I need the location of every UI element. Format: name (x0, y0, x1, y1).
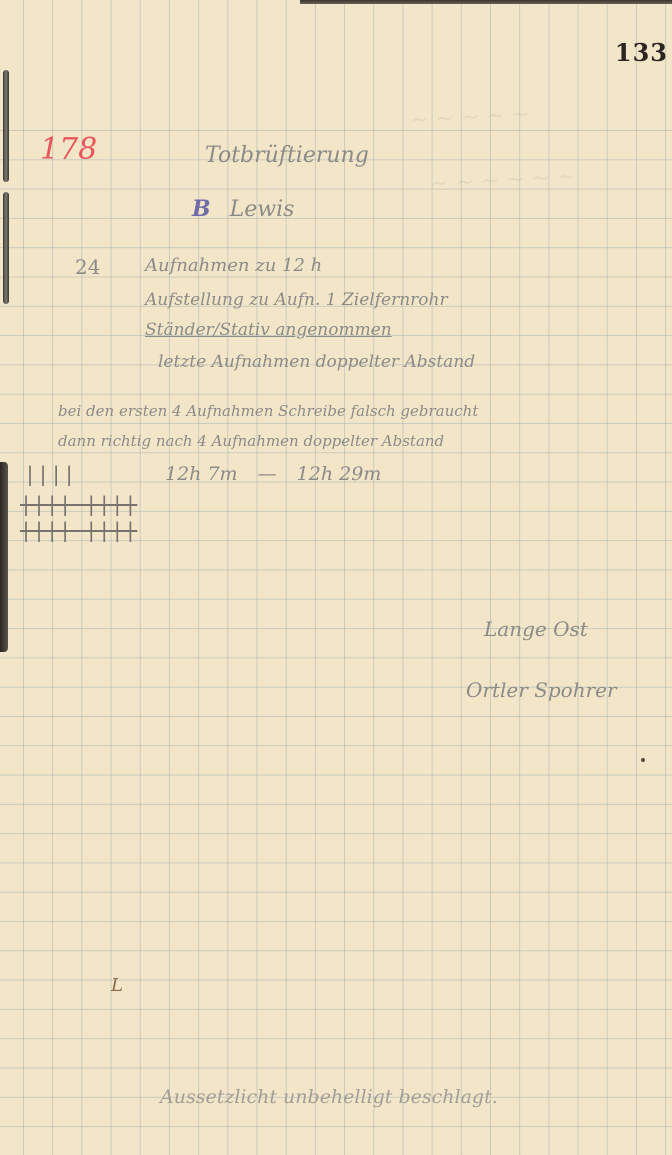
grid-paper (0, 130, 672, 1155)
entry-line-3: Ständer/Stativ angenommen (145, 320, 392, 340)
entry-title: Totbrüftierung (205, 143, 369, 168)
note-line-1: bei den ersten 4 Aufnahmen Schreibe fals… (58, 402, 478, 420)
notebook-page: 133 ~ ~ ~ ~ ~ ~ ~ ~ ~ ~ ~ 178 Totbrüftie… (0, 0, 672, 1155)
time-range: 12h 7m — 12h 29m (165, 463, 381, 485)
subtitle-prefix: B (192, 196, 211, 222)
signature-line-2: Ortler Spohrer (466, 678, 617, 702)
ink-spot (641, 758, 645, 762)
entry-line-4: letzte Aufnahmen doppelter Abstand (158, 352, 475, 372)
tally-row-3: |||| |||| (20, 518, 137, 542)
time-start: 12h 7m (165, 463, 238, 485)
entry-number: 178 (40, 132, 97, 167)
margin-mark: L (111, 975, 123, 996)
page-top-edge (300, 0, 672, 4)
entry-line-1: Aufnahmen zu 12 h (145, 255, 322, 276)
tally-row-2: |||| |||| (20, 492, 137, 516)
page-number: 133 (615, 38, 668, 67)
signature-line-1: Lange Ost (484, 617, 588, 641)
entry-line-2: Aufstellung zu Aufn. 1 Zielfernrohr (145, 290, 448, 310)
bleed-through-text: ~ ~ ~ ~ ~ (409, 102, 530, 133)
time-end: 12h 29m (297, 463, 382, 485)
binding-edge (0, 462, 8, 652)
staple-icon (3, 70, 9, 182)
note-line-2: dann richtig nach 4 Aufnahmen doppelter … (58, 432, 444, 450)
time-separator: — (258, 463, 277, 485)
tally-row-1: |||| (24, 462, 76, 486)
footer-note: Aussetzlicht unbehelligt beschlagt. (160, 1086, 498, 1108)
staple-icon (3, 192, 9, 304)
subtitle-name: Lewis (230, 197, 295, 222)
entry-subtitle: B Lewis (192, 196, 294, 222)
entry-day: 24 (75, 255, 100, 279)
